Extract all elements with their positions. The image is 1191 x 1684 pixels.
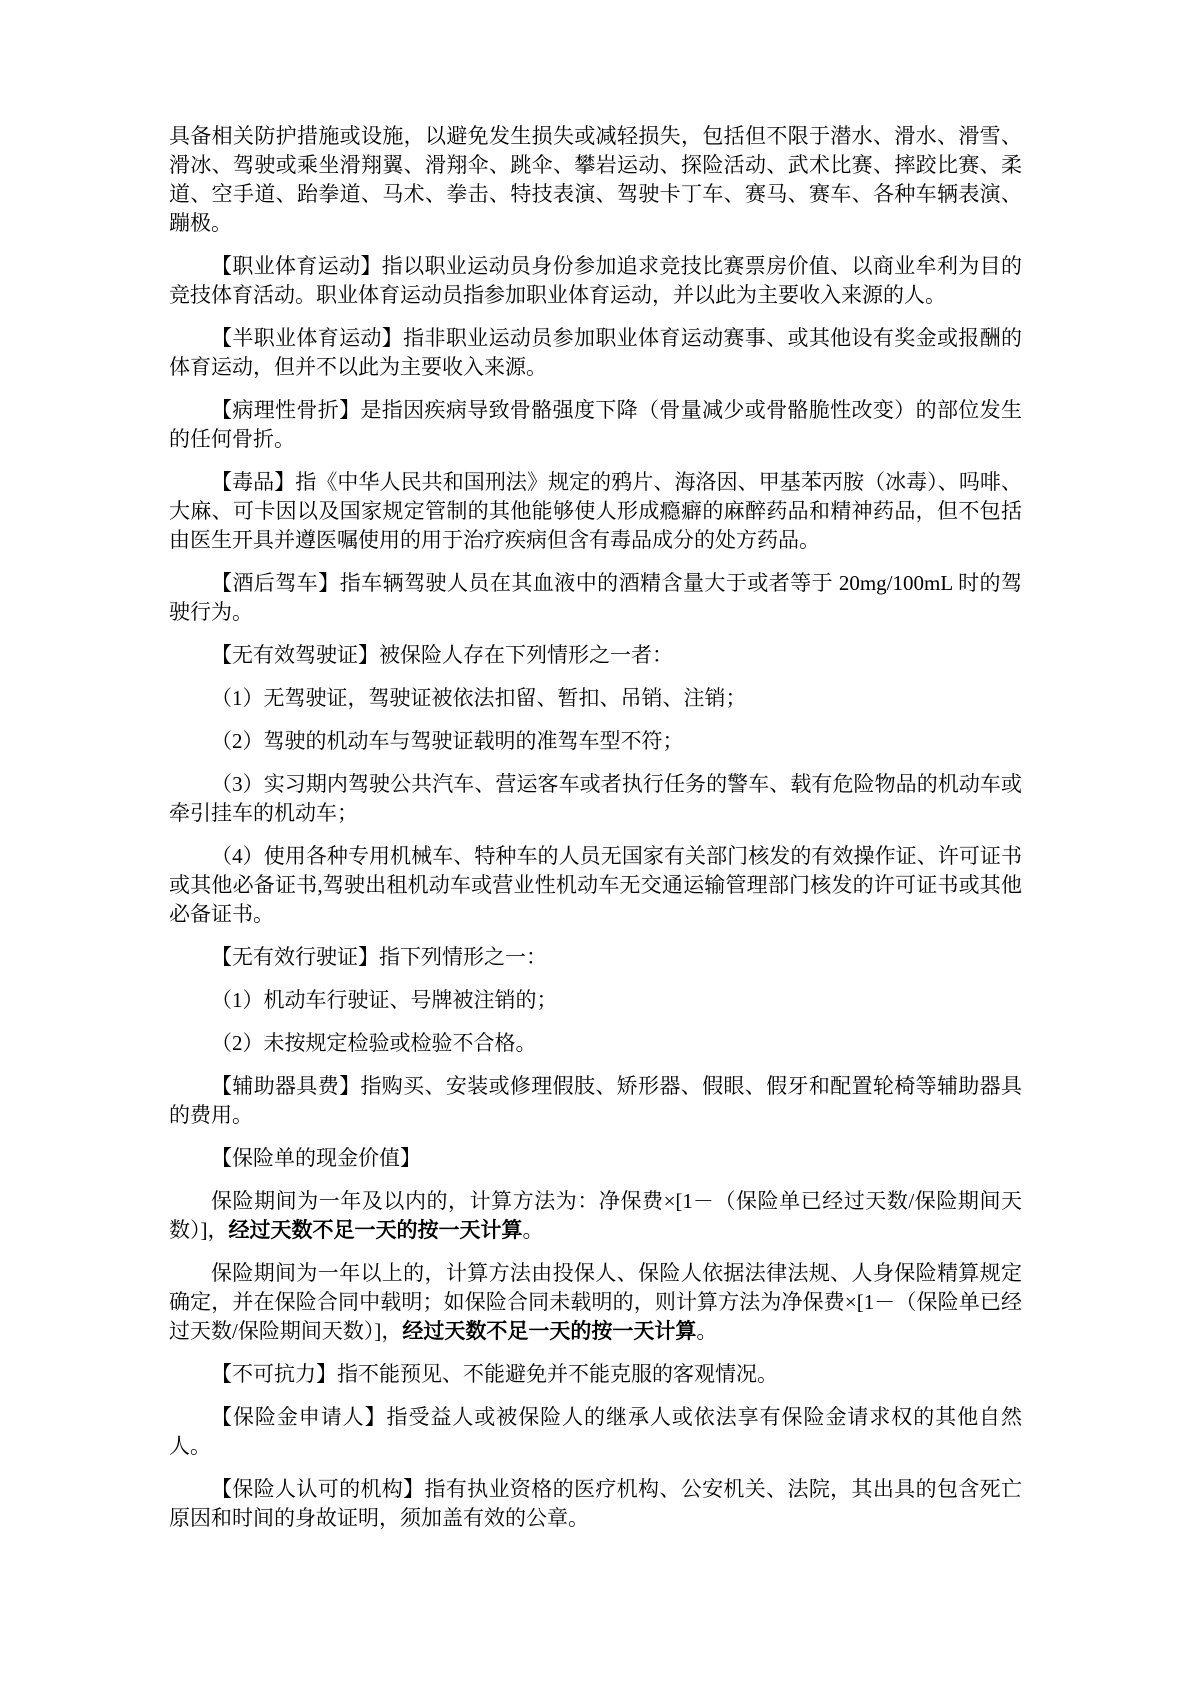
- paragraph: 【半职业体育运动】指非职业运动员参加职业体育运动赛事、或其他设有奖金或报酬的体育…: [169, 324, 1022, 382]
- paragraph: 保险期间为一年以上的，计算方法由投保人、保险人依据法律法规、人身保险精算规定确定…: [169, 1259, 1022, 1346]
- paragraph: 【无有效行驶证】指下列情形之一：: [169, 943, 1022, 972]
- paragraph: 【无有效驾驶证】被保险人存在下列情形之一者：: [169, 641, 1022, 670]
- paragraph: 【不可抗力】指不能预见、不能避免并不能克服的客观情况。: [169, 1360, 1022, 1389]
- text-run: 【职业体育运动】指以职业运动员身份参加追求竞技比赛票房价值、以商业牟利为目的竞技…: [169, 254, 1022, 307]
- paragraph: 具备相关防护措施或设施，以避免发生损失或减轻损失，包括但不限于潜水、滑水、滑雪、…: [169, 122, 1022, 238]
- paragraph: 【职业体育运动】指以职业运动员身份参加追求竞技比赛票房价值、以商业牟利为目的竞技…: [169, 252, 1022, 310]
- text-run: 【无有效行驶证】指下列情形之一：: [211, 945, 547, 969]
- text-run: 【辅助器具费】指购买、安装或修理假肢、矫形器、假眼、假牙和配置轮椅等辅助器具的费…: [169, 1074, 1022, 1127]
- paragraph: 【保险单的现金价值】: [169, 1144, 1022, 1173]
- text-run: （2）驾驶的机动车与驾驶证载明的准驾车型不符；: [211, 729, 684, 753]
- text-run: 【无有效驾驶证】被保险人存在下列情形之一者：: [211, 643, 673, 667]
- text-run: 【不可抗力】指不能预见、不能避免并不能克服的客观情况。: [211, 1362, 778, 1386]
- text-run: 经过天数不足一天的按一天计算: [229, 1218, 523, 1242]
- document-body: 具备相关防护措施或设施，以避免发生损失或减轻损失，包括但不限于潜水、滑水、滑雪、…: [169, 122, 1022, 1533]
- paragraph: 【辅助器具费】指购买、安装或修理假肢、矫形器、假眼、假牙和配置轮椅等辅助器具的费…: [169, 1072, 1022, 1130]
- paragraph: 【保险金申请人】指受益人或被保险人的继承人或依法享有保险金请求权的其他自然人。: [169, 1403, 1022, 1461]
- paragraph: （4）使用各种专用机械车、特种车的人员无国家有关部门核发的有效操作证、许可证书或…: [169, 842, 1022, 929]
- paragraph: 【保险人认可的机构】指有执业资格的医疗机构、公安机关、法院，其出具的包含死亡原因…: [169, 1475, 1022, 1533]
- text-run: 【半职业体育运动】指非职业运动员参加职业体育运动赛事、或其他设有奖金或报酬的体育…: [169, 326, 1022, 379]
- paragraph: （1）无驾驶证，驾驶证被依法扣留、暂扣、吊销、注销；: [169, 684, 1022, 713]
- text-run: 【保险单的现金价值】: [211, 1146, 421, 1170]
- text-run: （1）机动车行驶证、号牌被注销的；: [211, 988, 558, 1012]
- paragraph: （2）未按规定检验或检验不合格。: [169, 1029, 1022, 1058]
- text-run: （3）实习期内驾驶公共汽车、营运客车或者执行任务的警车、载有危险物品的机动车或牵…: [169, 772, 1022, 825]
- paragraph: 保险期间为一年及以内的，计算方法为：净保费×[1－（保险单已经过天数/保险期间天…: [169, 1187, 1022, 1245]
- text-run: 【保险人认可的机构】指有执业资格的医疗机构、公安机关、法院，其出具的包含死亡原因…: [169, 1477, 1022, 1530]
- text-run: （1）无驾驶证，驾驶证被依法扣留、暂扣、吊销、注销；: [211, 686, 747, 710]
- paragraph: 【病理性骨折】是指因疾病导致骨骼强度下降（骨量减少或骨骼脆性改变）的部位发生的任…: [169, 396, 1022, 454]
- paragraph: （2）驾驶的机动车与驾驶证载明的准驾车型不符；: [169, 727, 1022, 756]
- text-run: （2）未按规定检验或检验不合格。: [211, 1031, 537, 1055]
- paragraph: 【酒后驾车】指车辆驾驶人员在其血液中的酒精含量大于或者等于 20mg/100mL…: [169, 569, 1022, 627]
- paragraph: 【毒品】指《中华人民共和国刑法》规定的鸦片、海洛因、甲基苯丙胺（冰毒）、吗啡、大…: [169, 468, 1022, 555]
- text-run: 【保险金申请人】指受益人或被保险人的继承人或依法享有保险金请求权的其他自然人。: [169, 1405, 1022, 1458]
- text-run: 【病理性骨折】是指因疾病导致骨骼强度下降（骨量减少或骨骼脆性改变）的部位发生的任…: [169, 398, 1022, 451]
- text-run: 【毒品】指《中华人民共和国刑法》规定的鸦片、海洛因、甲基苯丙胺（冰毒）、吗啡、大…: [169, 470, 1022, 552]
- document-page: 具备相关防护措施或设施，以避免发生损失或减轻损失，包括但不限于潜水、滑水、滑雪、…: [0, 0, 1191, 1684]
- text-run: 。: [696, 1319, 717, 1343]
- text-run: （4）使用各种专用机械车、特种车的人员无国家有关部门核发的有效操作证、许可证书或…: [169, 844, 1022, 926]
- text-run: 。: [523, 1218, 544, 1242]
- text-run: 具备相关防护措施或设施，以避免发生损失或减轻损失，包括但不限于潜水、滑水、滑雪、…: [169, 124, 1022, 235]
- text-run: 【酒后驾车】指车辆驾驶人员在其血液中的酒精含量大于或者等于 20mg/100mL…: [169, 571, 1022, 624]
- paragraph: （3）实习期内驾驶公共汽车、营运客车或者执行任务的警车、载有危险物品的机动车或牵…: [169, 770, 1022, 828]
- text-run: 经过天数不足一天的按一天计算: [402, 1319, 696, 1343]
- paragraph: （1）机动车行驶证、号牌被注销的；: [169, 986, 1022, 1015]
